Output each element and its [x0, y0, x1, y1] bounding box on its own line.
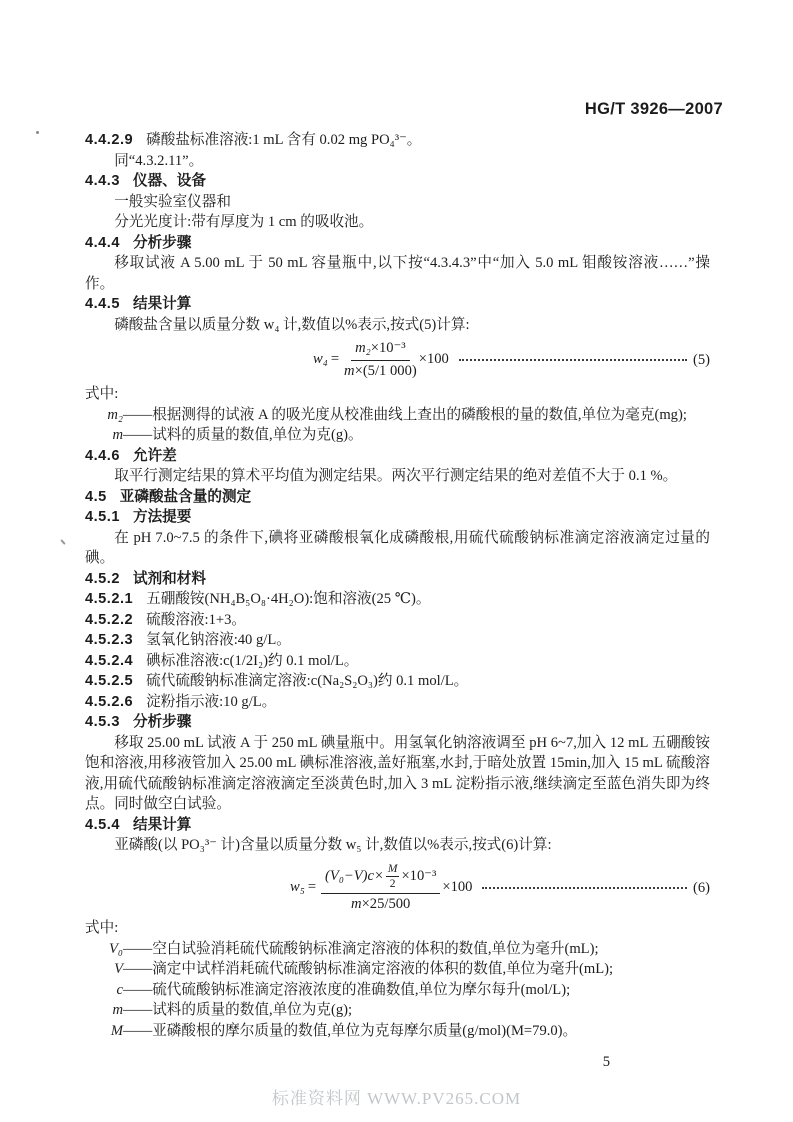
equation-6: w₅ = (V₀−V)c× M 2 ×10⁻³ m×25/500 ×100 [290, 863, 472, 914]
formula-factor: ×100 [442, 879, 472, 897]
clause-title: 试剂和材料 [133, 571, 206, 587]
fraction-denominator: m×(5/1 000) [344, 361, 417, 381]
formula-lhs: w₅ [290, 879, 305, 897]
clause-text: 碘标准溶液:c(1/2I₂)约 0.1 mol/L。 [146, 653, 358, 669]
numerator-variable: m₂ [355, 340, 371, 358]
clause-4-5-2-5: 4.5.2.5硫代硫酸钠标准滴定溶液:c(Na₂S₂O₃)约 0.1 mol/L… [85, 671, 710, 692]
nested-numerator: M [386, 863, 400, 878]
heading-4-5-4: 4.5.4结果计算 [85, 815, 710, 836]
clause-title: 仪器、设备 [133, 173, 206, 189]
formula-5: w₄ = m₂×10⁻³ m×(5/1 000) ×100 (5) [85, 340, 710, 380]
clause-4-4-2-9-note: 同“4.3.2.11”。 [85, 151, 710, 172]
clause-number: 4.5.2.2 [85, 612, 133, 628]
variable-definition: c——硫代硫酸钠标准滴定溶液浓度的准确数值,单位为摩尔每升(mol/L); [85, 980, 710, 1001]
equals-sign: = [331, 351, 339, 369]
fraction: (V₀−V)c× M 2 ×10⁻³ m×25/500 [321, 863, 440, 914]
paragraph-4-4-4: 移取试液 A 5.00 mL 于 50 mL 容量瓶中,以下按“4.3.4.3”… [85, 253, 710, 294]
paragraph-4-5-1: 在 pH 7.0~7.5 的条件下,碘将亚磷酸根氧化成磷酸根,用硫代硫酸钠标准滴… [85, 528, 710, 569]
heading-4-5-1: 4.5.1方法提要 [85, 507, 710, 528]
variable-definition: V₀——空白试验消耗硫代硫酸钠标准滴定溶液的体积的数值,单位为毫升(mL); [85, 939, 710, 960]
variable-definition: m₂——根据测得的试液 A 的吸光度从校准曲线上查出的磷酸根的量的数值,单位为毫… [85, 405, 710, 426]
standard-code-header: HG/T 3926—2007 [0, 100, 723, 119]
clause-4-4-2-9: 4.4.2.9磷酸盐标准溶液:1 mL 含有 0.02 mg PO₄³⁻。 [85, 130, 710, 151]
heading-4-5-3: 4.5.3分析步骤 [85, 712, 710, 733]
variable-description: ——亚磷酸根的摩尔质量的数值,单位为克每摩尔质量(g/mol)(M=79.0)。 [123, 1021, 710, 1042]
variable-description: ——空白试验消耗硫代硫酸钠标准滴定溶液的体积的数值,单位为毫升(mL); [123, 939, 710, 960]
variable-symbol: c [85, 980, 123, 1001]
variable-description: ——滴定中试样消耗硫代硫酸钠标准滴定溶液的体积的数值,单位为毫升(mL); [123, 959, 710, 980]
formula-factor: ×100 [419, 351, 449, 369]
where-label: 式中: [85, 918, 710, 939]
numerator-post: ×10⁻³ [401, 868, 436, 886]
clause-number: 4.4.3 [85, 173, 120, 189]
variable-symbol: m₂ [85, 405, 123, 426]
watermark-text: 标准资料网 WWW.PV265.COM [0, 1084, 793, 1109]
clause-title: 亚磷酸盐含量的测定 [120, 489, 251, 505]
clause-number: 4.5.2.4 [85, 653, 133, 669]
heading-4-4-4: 4.4.4分析步骤 [85, 233, 710, 254]
clause-number: 4.5.3 [85, 714, 120, 730]
dotted-leader [459, 359, 687, 361]
paragraph-4-5-4-intro: 亚磷酸(以 PO₃³⁻ 计)含量以质量分数 w₅ 计,数值以%表示,按式(6)计… [85, 835, 710, 856]
equation-number: (6) [693, 878, 710, 899]
document-page: HG/T 3926—2007 4.4.2.9磷酸盐标准溶液:1 mL 含有 0.… [0, 0, 793, 1122]
variable-symbol: V₀ [85, 939, 123, 960]
clause-number: 4.5.2.5 [85, 673, 133, 689]
variable-definition: M——亚磷酸根的摩尔质量的数值,单位为克每摩尔质量(g/mol)(M=79.0)… [85, 1021, 710, 1042]
denominator-rest: ×(5/1 000) [355, 363, 417, 381]
numerator-rest: ×10⁻³ [371, 340, 406, 358]
formula-6: w₅ = (V₀−V)c× M 2 ×10⁻³ m×25/500 ×100 [85, 863, 710, 914]
denominator-rest: ×25/500 [362, 896, 411, 914]
variable-description: ——试料的质量的数值,单位为克(g)。 [123, 425, 710, 446]
formula-lhs: w₄ [313, 351, 328, 369]
variable-symbol: V [85, 959, 123, 980]
clause-number: 4.4.2.9 [85, 132, 133, 148]
clause-number: 4.5.2 [85, 571, 120, 587]
clause-4-5-2-4: 4.5.2.4碘标准溶液:c(1/2I₂)约 0.1 mol/L。 [85, 651, 710, 672]
fraction-numerator: (V₀−V)c× M 2 ×10⁻³ [321, 863, 440, 894]
heading-4-4-3: 4.4.3仪器、设备 [85, 171, 710, 192]
heading-4-5: 4.5亚磷酸盐含量的测定 [85, 487, 710, 508]
variable-definition: V——滴定中试样消耗硫代硫酸钠标准滴定溶液的体积的数值,单位为毫升(mL); [85, 959, 710, 980]
clause-4-5-2-2: 4.5.2.2硫酸溶液:1+3。 [85, 610, 710, 631]
clause-text: 淀粉指示液:10 g/L。 [146, 694, 276, 710]
dotted-leader [482, 887, 687, 889]
clause-text: 硫代硫酸钠标准滴定溶液:c(Na₂S₂O₃)约 0.1 mol/L。 [146, 673, 468, 689]
variable-definition: m——试料的质量的数值,单位为克(g); [85, 1000, 710, 1021]
equation-number: (5) [693, 350, 710, 371]
clause-title: 允许差 [133, 448, 177, 464]
scan-artifact [36, 131, 39, 134]
denominator-variable: m [344, 363, 355, 381]
equation-5: w₄ = m₂×10⁻³ m×(5/1 000) ×100 [313, 340, 449, 380]
heading-4-5-2: 4.5.2试剂和材料 [85, 569, 710, 590]
clause-number: 4.5.1 [85, 509, 120, 525]
clause-text: 硫酸溶液:1+3。 [146, 612, 246, 628]
clause-number: 4.5.2.3 [85, 632, 133, 648]
heading-4-4-6: 4.4.6允许差 [85, 446, 710, 467]
clause-title: 结果计算 [133, 296, 191, 312]
fraction-denominator: m×25/500 [351, 894, 410, 914]
denominator-variable: m [351, 896, 362, 914]
scan-artifact [60, 539, 66, 545]
clause-4-4-3-line2: 分光光度计:带有厚度为 1 cm 的吸收池。 [85, 212, 710, 233]
variable-symbol: M [85, 1021, 123, 1042]
paragraph-4-4-6: 取平行测定结果的算术平均值为测定结果。两次平行测定结果的绝对差值不大于 0.1 … [85, 466, 710, 487]
clause-4-5-2-3: 4.5.2.3氢氧化钠溶液:40 g/L。 [85, 630, 710, 651]
clause-text: 五硼酸铵(NH₄B₅O₈·4H₂O):饱和溶液(25 ℃)。 [146, 591, 430, 607]
numerator-pre: (V₀−V)c× [325, 868, 384, 886]
clause-4-4-3-line1: 一般实验室仪器和 [85, 192, 710, 213]
clause-number: 4.5.2.1 [85, 591, 133, 607]
where-label: 式中: [85, 384, 710, 405]
clause-title: 结果计算 [133, 817, 191, 833]
clause-number: 4.4.6 [85, 448, 120, 464]
clause-number: 4.5 [85, 489, 107, 505]
document-content: 4.4.2.9磷酸盐标准溶液:1 mL 含有 0.02 mg PO₄³⁻。 同“… [85, 130, 710, 1073]
variable-description: ——根据测得的试液 A 的吸光度从校准曲线上查出的磷酸根的量的数值,单位为毫克(… [123, 405, 710, 426]
equals-sign: = [308, 879, 316, 897]
clause-number: 4.4.5 [85, 296, 120, 312]
variable-definition: m——试料的质量的数值,单位为克(g)。 [85, 425, 710, 446]
clause-text: 氢氧化钠溶液:40 g/L。 [146, 632, 291, 648]
fraction-numerator: m₂×10⁻³ [351, 340, 410, 361]
clause-title: 分析步骤 [133, 714, 191, 730]
nested-denominator: 2 [390, 877, 396, 891]
variable-description: ——硫代硫酸钠标准滴定溶液浓度的准确数值,单位为摩尔每升(mol/L); [123, 980, 710, 1001]
variable-symbol: m [85, 1000, 123, 1021]
variable-description: ——试料的质量的数值,单位为克(g); [123, 1000, 710, 1021]
clause-number: 4.5.4 [85, 817, 120, 833]
clause-text: 磷酸盐标准溶液:1 mL 含有 0.02 mg PO₄³⁻。 [146, 132, 421, 148]
fraction: m₂×10⁻³ m×(5/1 000) [344, 340, 417, 380]
clause-4-5-2-6: 4.5.2.6淀粉指示液:10 g/L。 [85, 692, 710, 713]
clause-number: 4.5.2.6 [85, 694, 133, 710]
paragraph-4-4-5-intro: 磷酸盐含量以质量分数 w₄ 计,数值以%表示,按式(5)计算: [85, 315, 710, 336]
clause-title: 方法提要 [133, 509, 191, 525]
paragraph-4-5-3: 移取 25.00 mL 试液 A 于 250 mL 碘量瓶中。用氢氧化钠溶液调至… [85, 733, 710, 815]
heading-4-4-5: 4.4.5结果计算 [85, 294, 710, 315]
clause-title: 分析步骤 [133, 235, 191, 251]
clause-number: 4.4.4 [85, 235, 120, 251]
nested-fraction: M 2 [386, 863, 400, 891]
page-number: 5 [85, 1052, 710, 1073]
variable-symbol: m [85, 425, 123, 446]
clause-4-5-2-1: 4.5.2.1五硼酸铵(NH₄B₅O₈·4H₂O):饱和溶液(25 ℃)。 [85, 589, 710, 610]
